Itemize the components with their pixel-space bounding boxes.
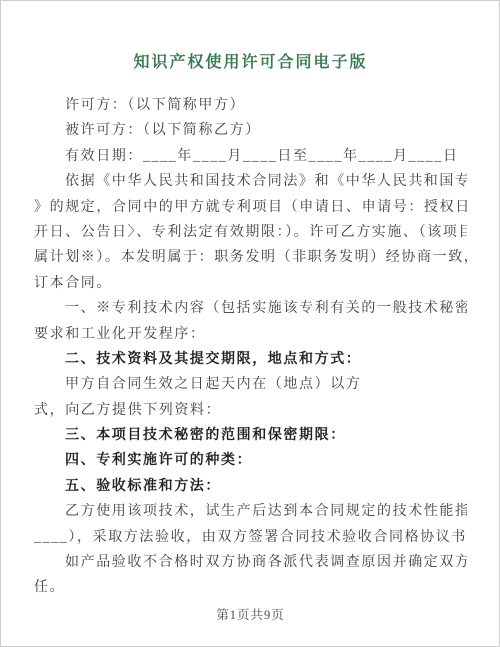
contract-line: 三、本项目技术秘密的范围和保密期限：	[34, 423, 467, 448]
contract-page-inner: 知识产权使用许可合同电子版 许可方：（以下简称甲方） 被许可方：（以下简称乙方）…	[1, 1, 499, 625]
contract-line: 开日、公告日〉、专利法定有效期限：）。许可乙方实施、（该项目	[34, 220, 467, 245]
document-title: 知识产权使用许可合同电子版	[34, 51, 467, 75]
contract-line-text: 任。	[34, 580, 65, 595]
contract-line: 》的规定，合同中的甲方就专利项目（申请日、申请号：授权日〈公	[34, 195, 467, 220]
contract-line: 要求和工业化开发程序：	[34, 322, 467, 347]
contract-line: 如产品验收不合格时双方协商各派代表调查原因并确定双方的责	[34, 550, 467, 575]
contract-line: 二、技术资料及其提交期限，地点和方式：	[34, 347, 467, 372]
contract-line: 订本合同。	[34, 271, 467, 296]
contract-line: ____），采取方法验收，由双方签署合同技术验收合同格协议书。	[34, 525, 467, 550]
contract-line-text: 式，向乙方提供下列资料：	[34, 403, 221, 418]
contract-line: 乙方使用该项技术，试生产后达到本合同规定的技术性能指标（_	[34, 499, 467, 524]
page-number: 第1页共9页	[34, 605, 467, 625]
contract-line: 属计划※）。本发明属于：职务发明（非职务发明）经协商一致，签	[34, 245, 467, 270]
contract-line: 一、※专利技术内容（包括实施该专利有关的一般技术秘密），	[34, 296, 467, 321]
contract-line-text: 如产品验收不合格时双方协商各派代表调查原因并确定双方的责	[65, 555, 467, 570]
contract-line: 五、验收标准和方法：	[34, 474, 467, 499]
contract-line: 任。	[34, 575, 467, 600]
contract-line-text: 有效日期：____年____月____日至____年____月____日	[65, 149, 459, 164]
contract-line-text: 四、专利实施许可的种类：	[65, 453, 252, 468]
contract-page: 知识产权使用许可合同电子版 许可方：（以下简称甲方） 被许可方：（以下简称乙方）…	[0, 0, 500, 647]
contract-line: 许可方：（以下简称甲方）	[34, 93, 467, 118]
contract-line-text: 许可方：（以下简称甲方）	[65, 98, 245, 113]
contract-line-text: 依据《中华人民共和国技术合同法》和《中华人民共和国专利法	[65, 174, 467, 189]
contract-line-text: 被许可方：（以下简称乙方）	[65, 123, 261, 138]
contract-line-text: ____），采取方法验收，由双方签署合同技术验收合同格协议书。	[34, 530, 467, 545]
contract-line: 依据《中华人民共和国技术合同法》和《中华人民共和国专利法	[34, 169, 467, 194]
contract-line-text: 甲方自合同生效之日起天内在（地点）以方	[65, 377, 361, 392]
contract-line-text: 三、本项目技术秘密的范围和保密期限：	[65, 428, 346, 443]
contract-line: 四、专利实施许可的种类：	[34, 448, 467, 473]
contract-line-text: 二、技术资料及其提交期限，地点和方式：	[65, 352, 361, 367]
contract-line-text: 属计划※）。本发明属于：职务发明（非职务发明）经协商一致，签	[34, 250, 467, 265]
contract-line-text: 订本合同。	[34, 276, 112, 291]
contract-line-text: 乙方使用该项技术，试生产后达到本合同规定的技术性能指标（_	[65, 504, 467, 519]
contract-line: 甲方自合同生效之日起天内在（地点）以方	[34, 372, 467, 397]
contract-line: 式，向乙方提供下列资料：	[34, 398, 467, 423]
contract-line: 被许可方：（以下简称乙方）	[34, 118, 467, 143]
contract-line-text: 要求和工业化开发程序：	[34, 327, 206, 342]
contract-line: 有效日期：____年____月____日至____年____月____日	[34, 144, 467, 169]
contract-line-text: 开日、公告日〉、专利法定有效期限：）。许可乙方实施、（该项目	[34, 225, 467, 240]
contract-line-text: 五、验收标准和方法：	[65, 479, 221, 494]
contract-body: 许可方：（以下简称甲方） 被许可方：（以下简称乙方） 有效日期：____年___…	[34, 93, 467, 601]
contract-line-text: 一、※专利技术内容（包括实施该专利有关的一般技术秘密），	[65, 301, 467, 316]
contract-line-text: 》的规定，合同中的甲方就专利项目（申请日、申请号：授权日〈公	[34, 200, 467, 215]
